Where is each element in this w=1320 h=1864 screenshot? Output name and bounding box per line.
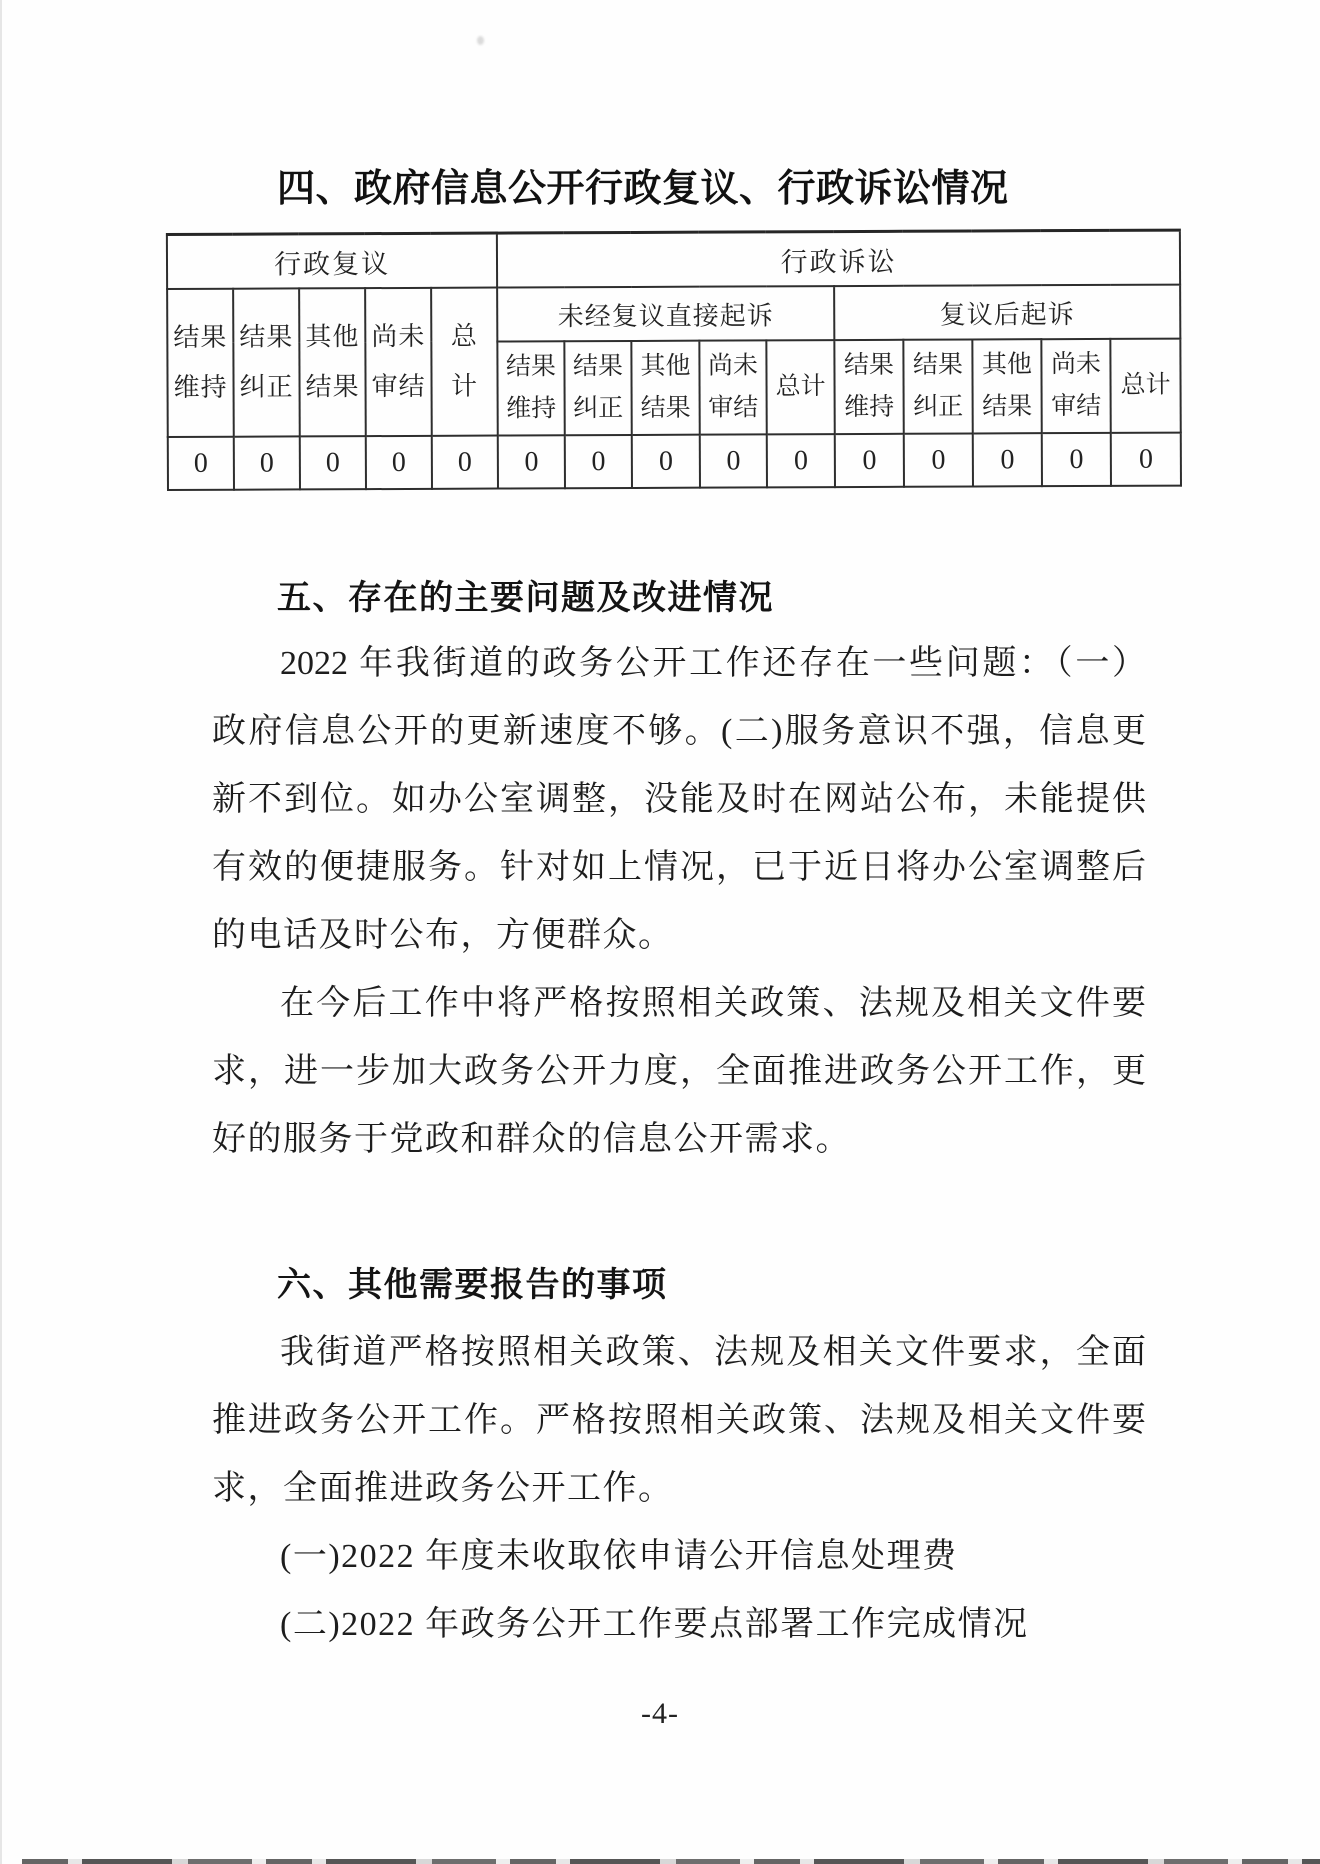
header-review-col: 结果 纠正	[233, 288, 300, 436]
text-line: 推进政务公开工作。严格按照相关政策、法规及相关文件要	[212, 1387, 1146, 1455]
value-cell: 0	[1042, 433, 1111, 486]
header-litigation-col: 结果 纠正	[903, 339, 972, 433]
text-line: 求，进一步加大政务公开力度，全面推进政务公开工作，更	[212, 1038, 1146, 1106]
header-litigation-col: 结果 维持	[834, 340, 903, 434]
text-line: 求，全面推进政务公开工作。	[212, 1455, 1146, 1523]
header-litigation-col: 结果 维持	[497, 341, 564, 435]
review-litigation-table: 行政复议 行政诉讼 结果 维持 结果 纠正 其他 结果 尚未 审结 总 计 未经…	[166, 229, 1182, 491]
scan-speck-artifact	[477, 36, 484, 45]
section-5-heading: 五、存在的主要问题及改进情况	[277, 581, 774, 615]
document-page: 四、政府信息公开行政复议、行政诉讼情况 行政复议 行政诉讼 结果 维持 结果 纠…	[0, 0, 1320, 1864]
value-cell: 0	[632, 435, 700, 488]
header-litigation-group: 行政诉讼	[497, 230, 1180, 287]
header-litigation-col: 尚未 审结	[1041, 339, 1110, 433]
header-review-col: 总 计	[431, 288, 498, 436]
text-line: 政府信息公开的更新速度不够。(二)服务意识不强，信息更	[212, 698, 1146, 766]
value-cell: 0	[1111, 433, 1181, 486]
header-review-col: 结果 维持	[167, 289, 234, 437]
text-line: 在今后工作中将严格按照相关政策、法规及相关文件要	[212, 970, 1146, 1038]
page-number: -4-	[0, 1697, 1320, 1731]
value-cell: 0	[565, 435, 632, 488]
header-litigation-col: 结果 纠正	[564, 341, 631, 435]
value-cell: 0	[300, 436, 366, 489]
value-cell: 0	[168, 437, 234, 490]
header-review-col: 尚未 审结	[365, 288, 432, 436]
text-line: 的电话及时公布，方便群众。	[212, 902, 1146, 970]
review-litigation-table-wrap: 行政复议 行政诉讼 结果 维持 结果 纠正 其他 结果 尚未 审结 总 计 未经…	[166, 229, 1180, 491]
value-cell: 0	[432, 436, 498, 489]
header-direct-suit-group: 未经复议直接起诉	[497, 286, 834, 341]
text-line: 我街道严格按照相关政策、法规及相关文件要求，全面	[212, 1319, 1146, 1387]
header-review-group: 行政复议	[167, 233, 497, 289]
text-line: 新不到位。如办公室调整，没能及时在网站公布，未能提供	[212, 766, 1146, 834]
value-cell: 0	[835, 434, 904, 487]
value-cell: 0	[904, 433, 973, 486]
header-review-col: 其他 结果	[299, 288, 366, 436]
section-5-body: 2022 年我街道的政务公开工作还存在一些问题：（一）政府信息公开的更新速度不够…	[212, 630, 1146, 1174]
value-cell: 0	[498, 435, 565, 488]
value-cell: 0	[700, 434, 767, 487]
header-litigation-col: 尚未 审结	[699, 340, 766, 434]
text-line: 2022 年我街道的政务公开工作还存在一些问题：（一）	[212, 630, 1146, 698]
value-cell: 0	[767, 434, 835, 487]
scan-bottom-edge-artifact	[22, 1859, 1320, 1864]
value-cell: 0	[234, 436, 300, 489]
section-4-title: 四、政府信息公开行政复议、行政诉讼情况	[277, 169, 1009, 207]
header-litigation-col: 其他 结果	[631, 341, 699, 435]
header-litigation-col: 其他 结果	[972, 339, 1041, 433]
value-cell: 0	[366, 436, 432, 489]
header-litigation-col: 总计	[766, 340, 834, 434]
header-litigation-col: 总计	[1110, 339, 1180, 433]
section-6-heading: 六、其他需要报告的事项	[277, 1268, 668, 1302]
section-6-body: 我街道严格按照相关政策、法规及相关文件要求，全面推进政务公开工作。严格按照相关政…	[212, 1319, 1146, 1659]
text-line: 有效的便捷服务。针对如上情况，已于近日将办公室调整后	[212, 834, 1146, 902]
value-cell: 0	[973, 433, 1042, 486]
text-line: (一)2022 年度未收取依申请公开信息处理费	[212, 1523, 1146, 1591]
scan-left-edge-artifact	[0, 0, 2, 1864]
text-line: 好的服务于党政和群众的信息公开需求。	[212, 1106, 1146, 1174]
text-line: (二)2022 年政务公开工作要点部署工作完成情况	[212, 1591, 1146, 1659]
header-after-review-suit-group: 复议后起诉	[834, 285, 1180, 341]
